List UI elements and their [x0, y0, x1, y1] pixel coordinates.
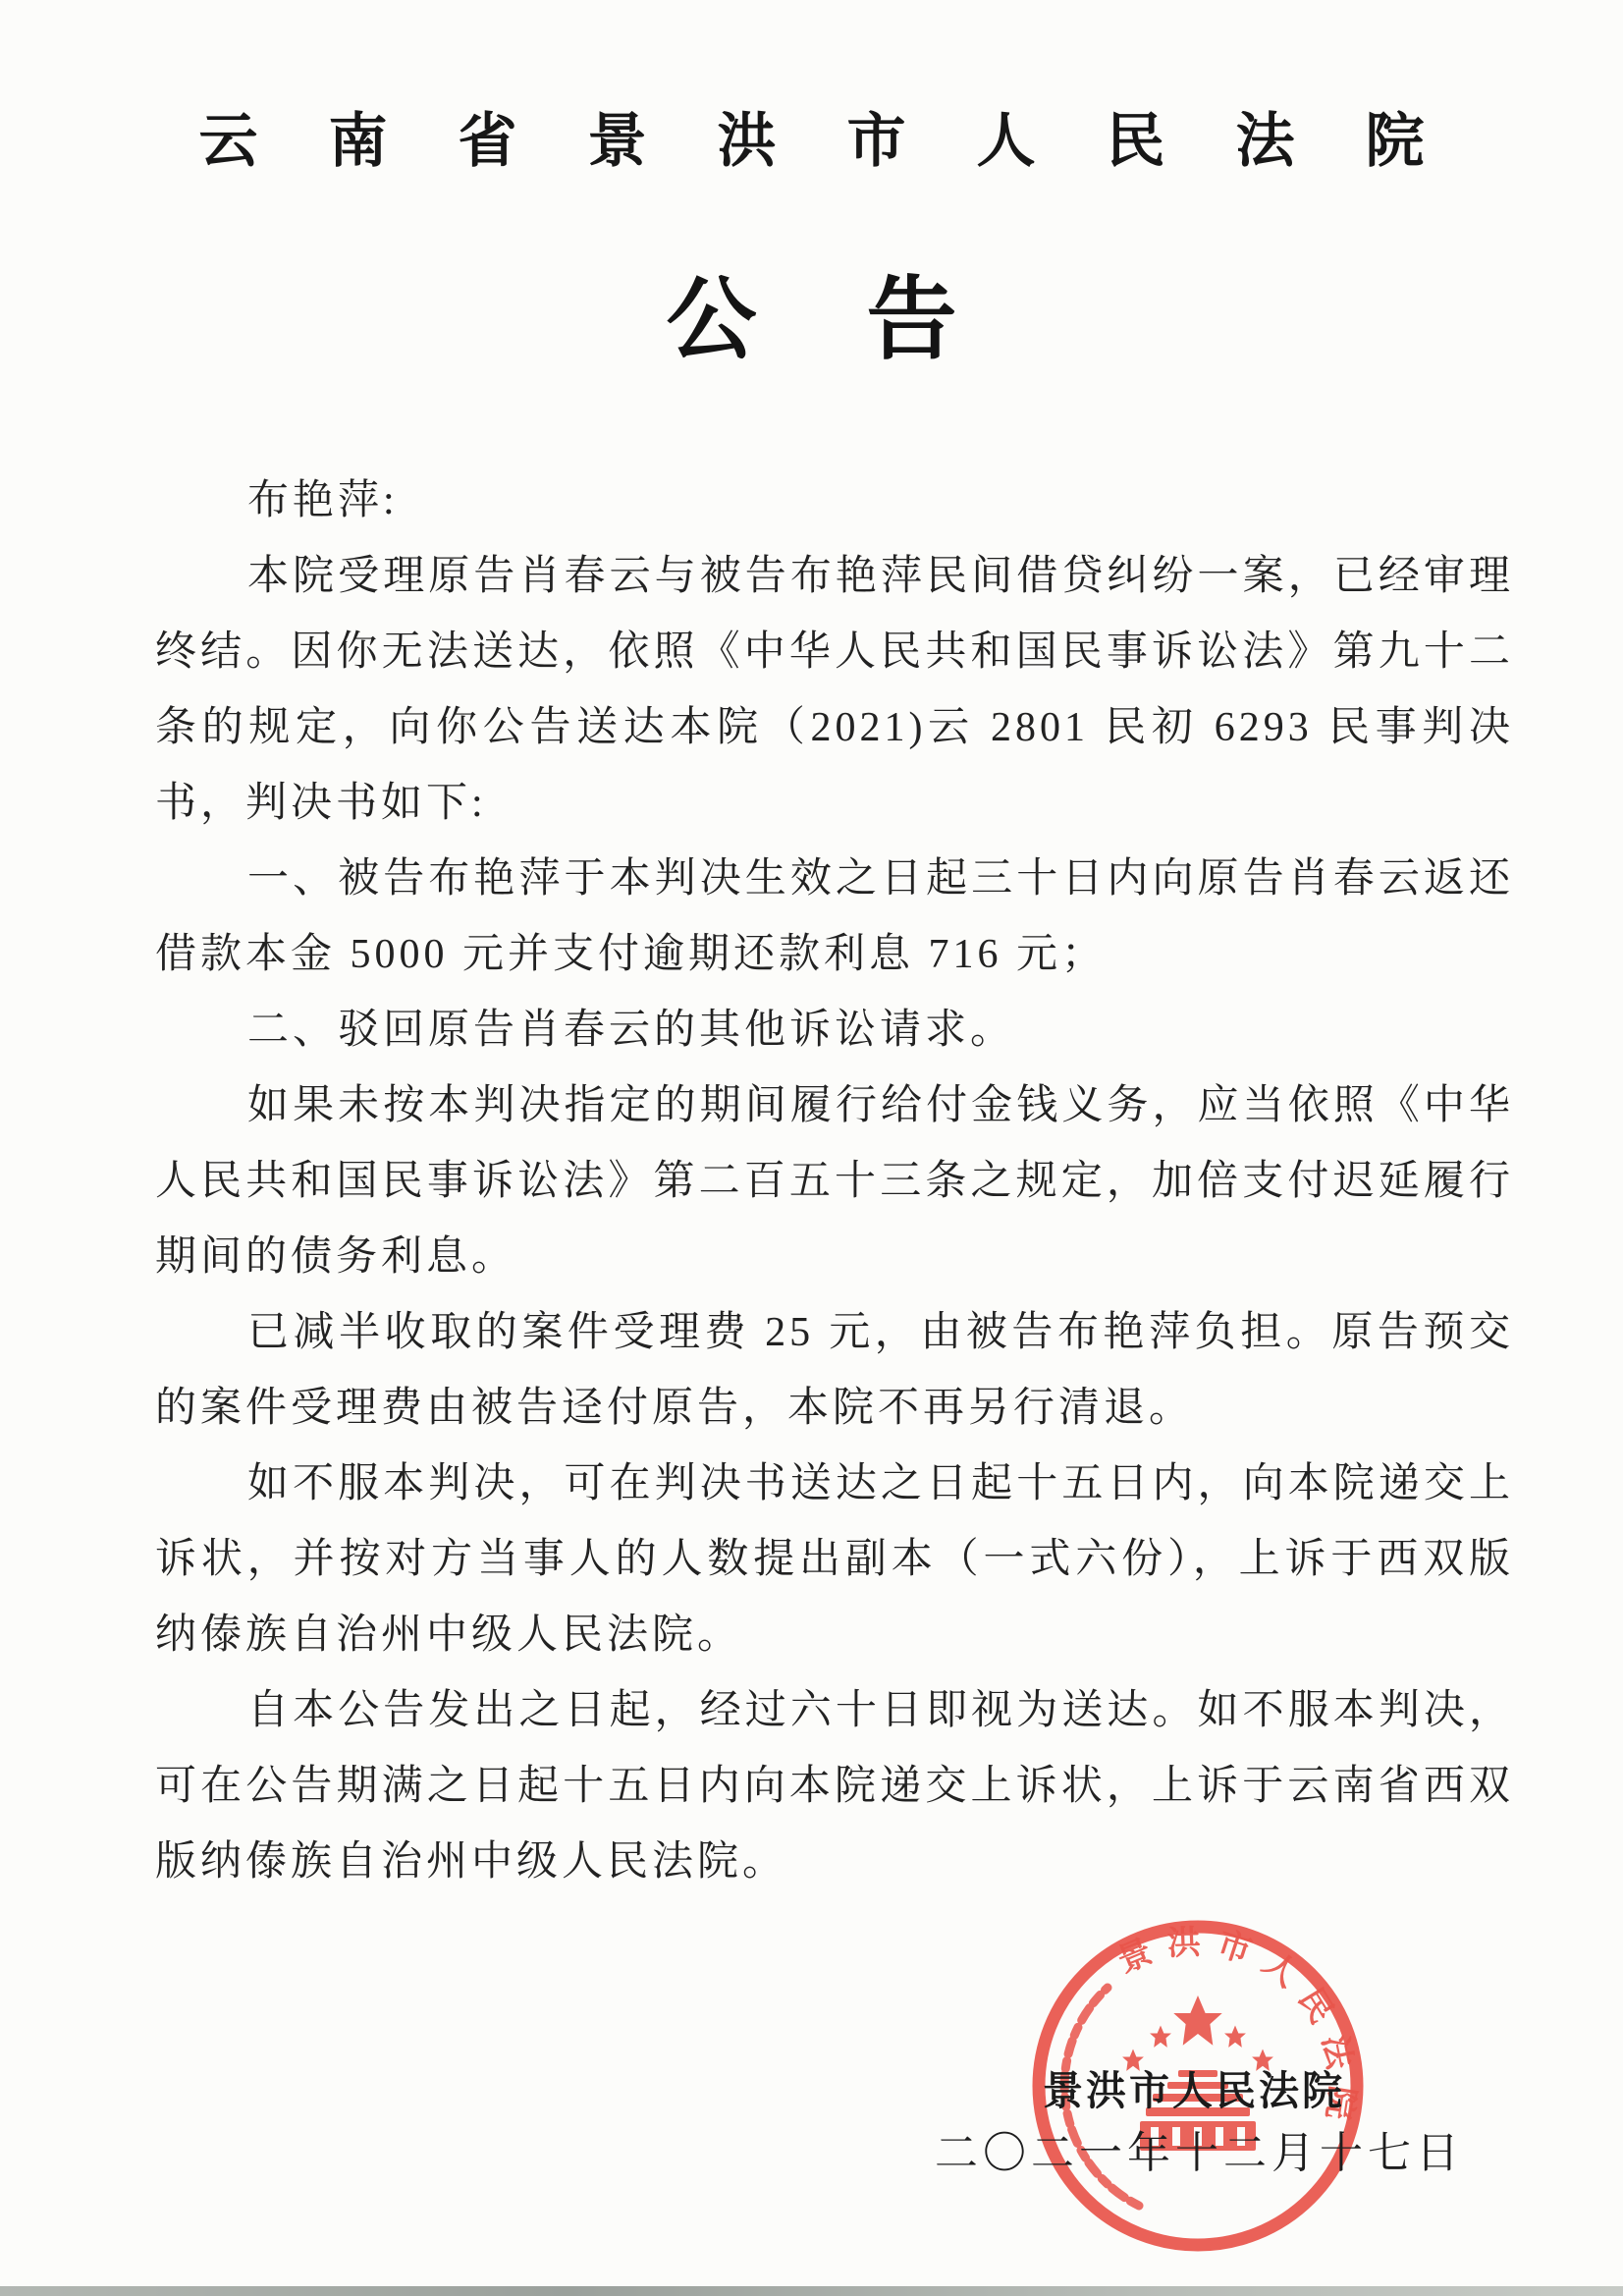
paragraph-judgment-item-1: 一、被告布艳萍于本判决生效之日起三十日内向原告肖春云返还借款本金 5000 元并… — [155, 842, 1514, 993]
document-date: 二〇二一年十二月十七日 — [935, 2117, 1464, 2180]
notice-body: 布艳萍: 本院受理原告肖春云与被告布艳萍民间借贷纠纷一案，已经审理终结。因你无法… — [155, 464, 1514, 1900]
court-notice-page: 云南省景洪市人民法院 公告 布艳萍: 本院受理原告肖春云与被告布艳萍民间借贷纠纷… — [0, 0, 1623, 2296]
paragraph-judgment-item-2: 二、驳回原告肖春云的其他诉讼请求。 — [155, 993, 1514, 1068]
paragraph-court-fees: 已减半收取的案件受理费 25 元，由被告布艳萍负担。原告预交的案件受理费由被告迳… — [155, 1295, 1514, 1447]
paragraph-case-summary: 本院受理原告肖春云与被告布艳萍民间借贷纠纷一案，已经审理终结。因你无法送达，依照… — [155, 539, 1514, 842]
page-bottom-scan-edge — [0, 2286, 1623, 2296]
paragraph-late-payment-interest: 如果未按本判决指定的期间履行给付金钱义务，应当依照《中华人民共和国民事诉讼法》第… — [155, 1068, 1514, 1295]
paragraph-service-period: 自本公告发出之日起，经过六十日即视为送达。如不服本判决，可在公告期满之日起十五日… — [155, 1673, 1514, 1900]
salutation: 布艳萍: — [155, 464, 1514, 539]
notice-title: 公告 — [0, 247, 1623, 377]
paragraph-appeal-instructions: 如不服本判决，可在判决书送达之日起十五日内，向本院递交上诉状，并按对方当事人的人… — [155, 1447, 1514, 1673]
court-name-title: 云南省景洪市人民法院 — [0, 94, 1623, 179]
seal-overlay-court-name: 景洪市人民法院 — [1043, 2058, 1337, 2116]
